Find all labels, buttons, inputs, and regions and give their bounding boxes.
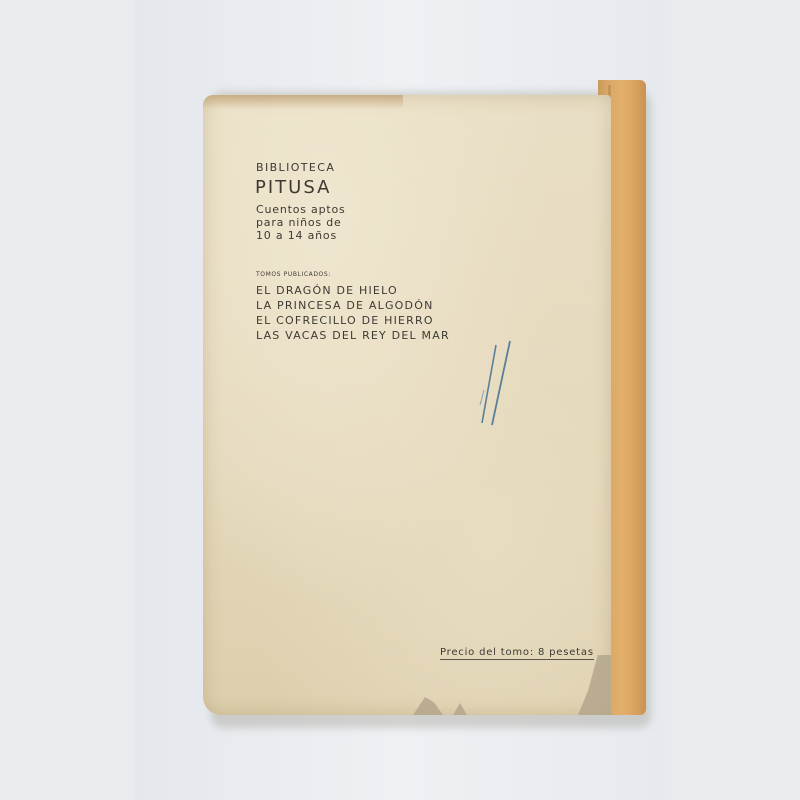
published-title: EL DRAGÓN DE HIELO <box>256 283 450 298</box>
published-title: EL COFRECILLO DE HIERRO <box>256 313 450 328</box>
price-label: Precio del tomo: 8 pesetas <box>440 647 594 660</box>
book: BIBLIOTECA PITUSA Cuentos aptos para niñ… <box>203 80 648 720</box>
torn-patch <box>578 655 611 715</box>
pencil-mark-icon <box>478 335 528 435</box>
torn-patch <box>413 697 443 715</box>
subtitle-line: 10 a 14 años <box>256 229 346 242</box>
torn-patch <box>453 703 467 715</box>
back-cover: BIBLIOTECA PITUSA Cuentos aptos para niñ… <box>203 95 611 715</box>
published-label: TOMOS PUBLICADOS: <box>256 271 331 278</box>
series-label: BIBLIOTECA <box>256 161 335 174</box>
published-title: LAS VACAS DEL REY DEL MAR <box>256 328 450 343</box>
published-titles-list: EL DRAGÓN DE HIELO LA PRINCESA DE ALGODÓ… <box>256 283 450 343</box>
cover-top-edge <box>203 95 403 109</box>
published-title: LA PRINCESA DE ALGODÓN <box>256 298 450 313</box>
subtitle-line: Cuentos aptos <box>256 203 346 216</box>
series-title: PITUSA <box>255 177 331 198</box>
subtitle-line: para niños de <box>256 216 346 229</box>
series-subtitle: Cuentos aptos para niños de 10 a 14 años <box>256 203 346 242</box>
